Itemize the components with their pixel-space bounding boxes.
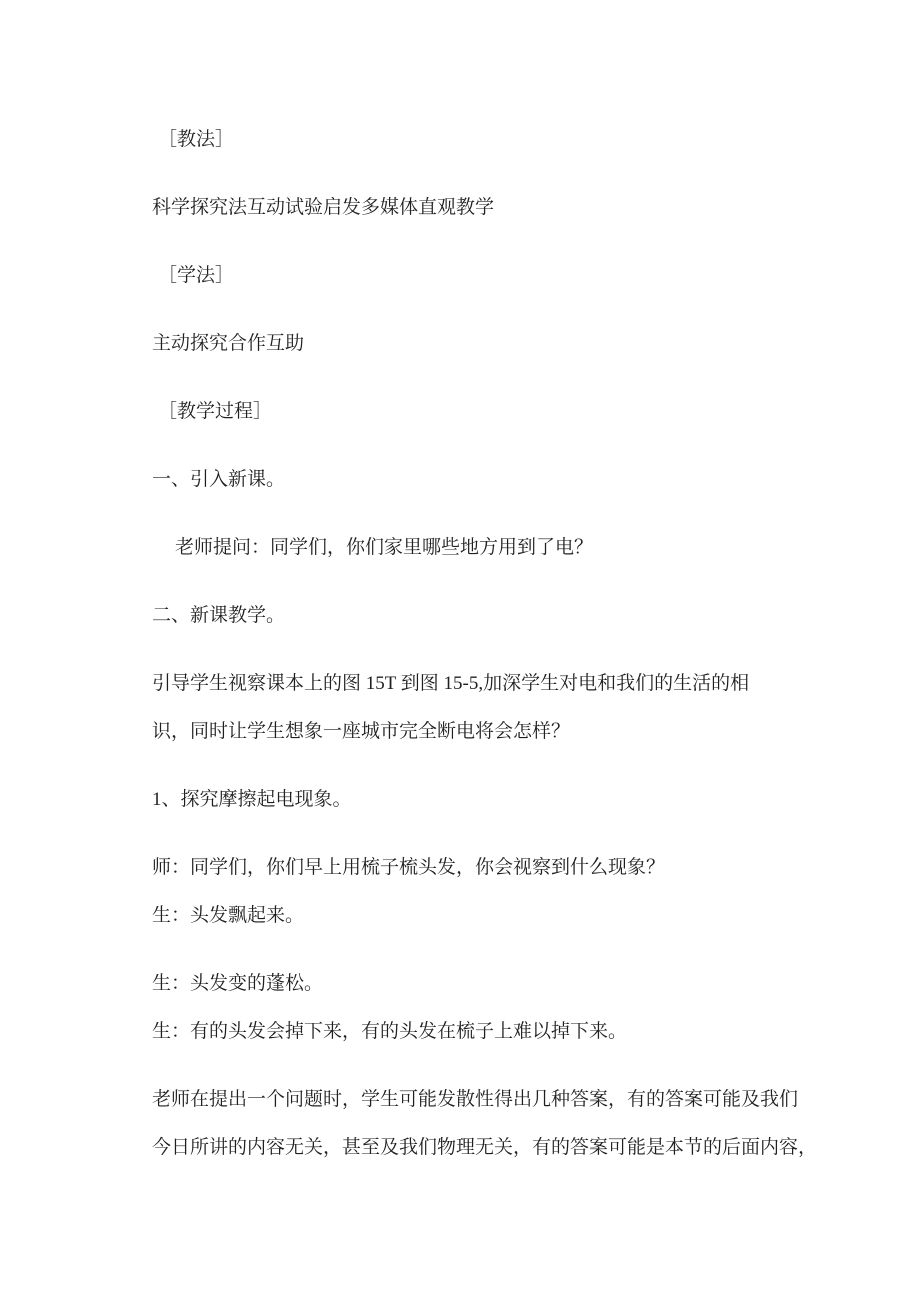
document-line: 引导学生视察课本上的图 15T 到图 15-5,加深学生对电和我们的生活的相 bbox=[0, 670, 920, 698]
line-text: ［学法］ bbox=[158, 265, 234, 286]
document-line: 生：头发飘起来。 bbox=[0, 902, 920, 930]
document-line: 今日所讲的内容无关，甚至及我们物理无关，有的答案可能是本节的后面内容， bbox=[0, 1134, 920, 1162]
line-text: ［教法］ bbox=[158, 129, 234, 150]
document-line: 生：头发变的蓬松。 bbox=[0, 970, 920, 998]
document-line: 一、引入新课。 bbox=[0, 466, 920, 494]
line-text: 师：同学们，你们早上用梳子梳头发，你会视察到什么现象？ bbox=[152, 857, 665, 878]
document-line: 生：有的头发会掉下来，有的头发在梳子上难以掉下来。 bbox=[0, 1018, 920, 1046]
line-text: 科学探究法互动试验启发多媒体直观教学 bbox=[152, 197, 494, 218]
document-body: ［教法］ 科学探究法互动试验启发多媒体直观教学 ［学法］ 主动探究合作互助 ［教… bbox=[0, 0, 920, 1162]
document-line: 科学探究法互动试验启发多媒体直观教学 bbox=[0, 194, 920, 222]
document-line: 老师提问：同学们，你们家里哪些地方用到了电？ bbox=[0, 534, 920, 562]
line-text: 识，同时让学生想象一座城市完全断电将会怎样？ bbox=[152, 721, 570, 742]
line-text: 老师在提出一个问题时，学生可能发散性得出几种答案，有的答案可能及我们 bbox=[152, 1089, 798, 1110]
document-line: 1、探究摩擦起电现象。 bbox=[0, 786, 920, 814]
line-text: 1、探究摩擦起电现象。 bbox=[152, 789, 352, 810]
line-text: 生：有的头发会掉下来，有的头发在梳子上难以掉下来。 bbox=[152, 1021, 627, 1042]
line-text: 生：头发飘起来。 bbox=[152, 905, 304, 926]
line-text: 主动探究合作互助 bbox=[152, 333, 304, 354]
line-text: 今日所讲的内容无关，甚至及我们物理无关，有的答案可能是本节的后面内容， bbox=[152, 1137, 817, 1158]
document-line: 老师在提出一个问题时，学生可能发散性得出几种答案，有的答案可能及我们 bbox=[0, 1086, 920, 1114]
line-text: 生：头发变的蓬松。 bbox=[152, 973, 323, 994]
document-line: 识，同时让学生想象一座城市完全断电将会怎样？ bbox=[0, 718, 920, 746]
document-line: ［教法］ bbox=[0, 126, 920, 154]
line-text: ［教学过程］ bbox=[158, 401, 272, 422]
document-page: ［教法］ 科学探究法互动试验启发多媒体直观教学 ［学法］ 主动探究合作互助 ［教… bbox=[0, 0, 920, 1301]
document-line: ［学法］ bbox=[0, 262, 920, 290]
document-line: 主动探究合作互助 bbox=[0, 330, 920, 358]
line-text: 二、新课教学。 bbox=[152, 605, 285, 626]
line-text: 一、引入新课。 bbox=[152, 469, 285, 490]
line-text: 老师提问：同学们，你们家里哪些地方用到了电？ bbox=[175, 537, 593, 558]
document-line: 二、新课教学。 bbox=[0, 602, 920, 630]
document-line: ［教学过程］ bbox=[0, 398, 920, 426]
line-text: 引导学生视察课本上的图 15T 到图 15-5,加深学生对电和我们的生活的相 bbox=[152, 673, 749, 694]
document-line: 师：同学们，你们早上用梳子梳头发，你会视察到什么现象？ bbox=[0, 854, 920, 882]
